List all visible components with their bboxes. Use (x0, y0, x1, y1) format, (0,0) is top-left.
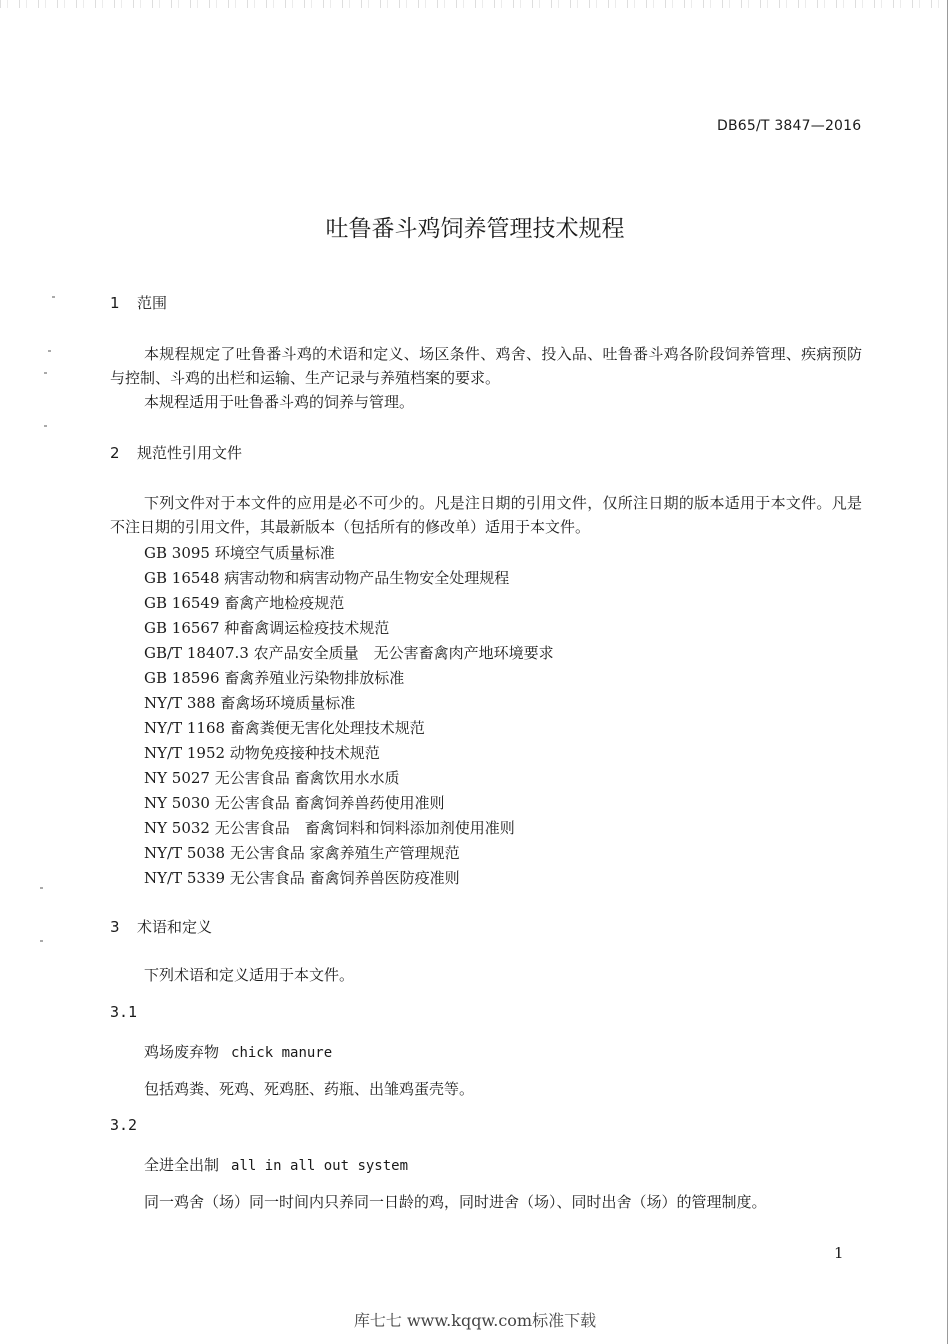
scan-speck (40, 887, 43, 889)
paragraph: 本规程规定了吐鲁番斗鸡的术语和定义、场区条件、鸡舍、投入品、吐鲁番斗鸡各阶段饲养… (110, 342, 862, 390)
paragraph: 下列文件对于本文件的应用是必不可少的。凡是注日期的引用文件，仅所注日期的版本适用… (110, 491, 862, 539)
scan-speck (48, 350, 51, 352)
section-2-body: 下列文件对于本文件的应用是必不可少的。凡是注日期的引用文件，仅所注日期的版本适用… (110, 491, 862, 539)
section-3-heading: 3术语和定义 (110, 916, 212, 937)
reference-item: NY/T 5038 无公害食品 家禽养殖生产管理规范 (144, 841, 554, 866)
term-chinese: 全进全出制 (144, 1156, 219, 1174)
reference-item: GB/T 18407.3 农产品安全质量 无公害畜禽肉产地环境要求 (144, 641, 554, 666)
reference-item: NY/T 388 畜禽场环境质量标准 (144, 691, 554, 716)
term-heading: 鸡场废弃物chick manure (144, 1041, 332, 1062)
term-number: 3.1 (110, 1003, 137, 1021)
document-number: DB65/T 3847—2016 (717, 118, 861, 134)
scan-speck (44, 425, 47, 427)
term-chinese: 鸡场废弃物 (144, 1043, 219, 1061)
term-english: chick manure (231, 1045, 332, 1061)
section-number: 1 (110, 294, 137, 312)
reference-list: GB 3095 环境空气质量标准 GB 16548 病害动物和病害动物产品生物安… (144, 541, 554, 891)
reference-item: NY/T 1952 动物免疫接种技术规范 (144, 741, 554, 766)
section-title: 范围 (137, 294, 167, 312)
section-title: 规范性引用文件 (137, 444, 242, 462)
section-1-body: 本规程规定了吐鲁番斗鸡的术语和定义、场区条件、鸡舍、投入品、吐鲁番斗鸡各阶段饲养… (110, 342, 862, 414)
footer-watermark: 库七七 www.kqqw.com标准下载 (0, 1308, 950, 1331)
scan-speck (52, 296, 55, 298)
reference-item: NY 5030 无公害食品 畜禽饲养兽药使用准则 (144, 791, 554, 816)
section-title: 术语和定义 (137, 918, 212, 936)
term-english: all in all out system (231, 1158, 408, 1174)
scan-edge-right (947, 0, 948, 1344)
scan-speck (40, 940, 43, 942)
section-number: 2 (110, 444, 137, 462)
section-2-heading: 2规范性引用文件 (110, 442, 242, 463)
section-1-heading: 1范围 (110, 292, 167, 313)
paragraph: 本规程适用于吐鲁番斗鸡的饲养与管理。 (110, 390, 862, 414)
reference-item: NY 5027 无公害食品 畜禽饮用水水质 (144, 766, 554, 791)
document-title: 吐鲁番斗鸡饲养管理技术规程 (0, 210, 950, 243)
reference-item: NY/T 1168 畜禽粪便无害化处理技术规范 (144, 716, 554, 741)
term-number: 3.2 (110, 1116, 137, 1134)
term-definition: 同一鸡舍（场）同一时间内只养同一日龄的鸡，同时进舍（场）、同时出舍（场）的管理制… (144, 1191, 767, 1212)
reference-item: GB 18596 畜禽养殖业污染物排放标准 (144, 666, 554, 691)
reference-item: GB 3095 环境空气质量标准 (144, 541, 554, 566)
reference-item: GB 16549 畜禽产地检疫规范 (144, 591, 554, 616)
term-definition: 包括鸡粪、死鸡、死鸡胚、药瓶、出雏鸡蛋壳等。 (144, 1078, 474, 1099)
paragraph: 下列术语和定义适用于本文件。 (144, 964, 354, 985)
term-heading: 全进全出制all in all out system (144, 1154, 408, 1175)
reference-item: GB 16567 种畜禽调运检疫技术规范 (144, 616, 554, 641)
scan-edge-top (0, 0, 950, 8)
page-number: 1 (834, 1244, 844, 1262)
scan-speck (44, 372, 47, 374)
section-number: 3 (110, 918, 137, 936)
reference-item: GB 16548 病害动物和病害动物产品生物安全处理规程 (144, 566, 554, 591)
reference-item: NY 5032 无公害食品 畜禽饲料和饲料添加剂使用准则 (144, 816, 554, 841)
reference-item: NY/T 5339 无公害食品 畜禽饲养兽医防疫准则 (144, 866, 554, 891)
